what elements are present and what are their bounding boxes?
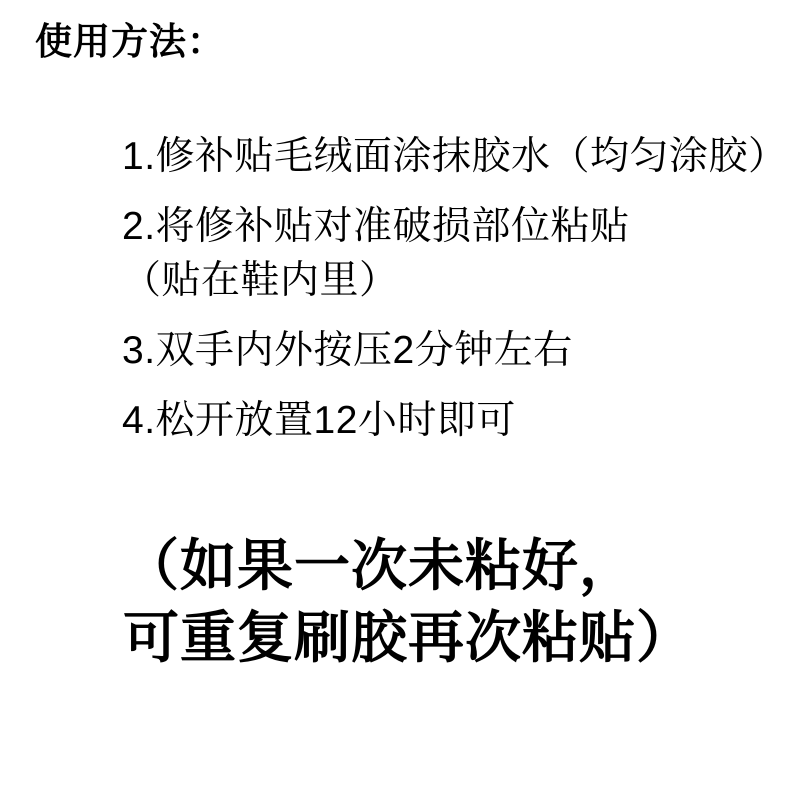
repeat-application-note: （如果一次未粘好， 可重复刷胶再次粘贴） [123, 530, 800, 674]
instruction-step-4: 4.松开放置12小时即可 [122, 394, 800, 448]
instruction-step-2: 2.将修补贴对准破损部位粘贴 （贴在鞋内里） [122, 200, 800, 308]
instruction-step-3: 3.双手内外按压2分钟左右 [122, 324, 800, 378]
instructions-list: 1.修补贴毛绒面涂抹胶水（均匀涂胶） 2.将修补贴对准破损部位粘贴 （贴在鞋内里… [122, 130, 800, 448]
instruction-step-1: 1.修补贴毛绒面涂抹胶水（均匀涂胶） [122, 130, 800, 184]
page-title: 使用方法： [35, 20, 800, 64]
